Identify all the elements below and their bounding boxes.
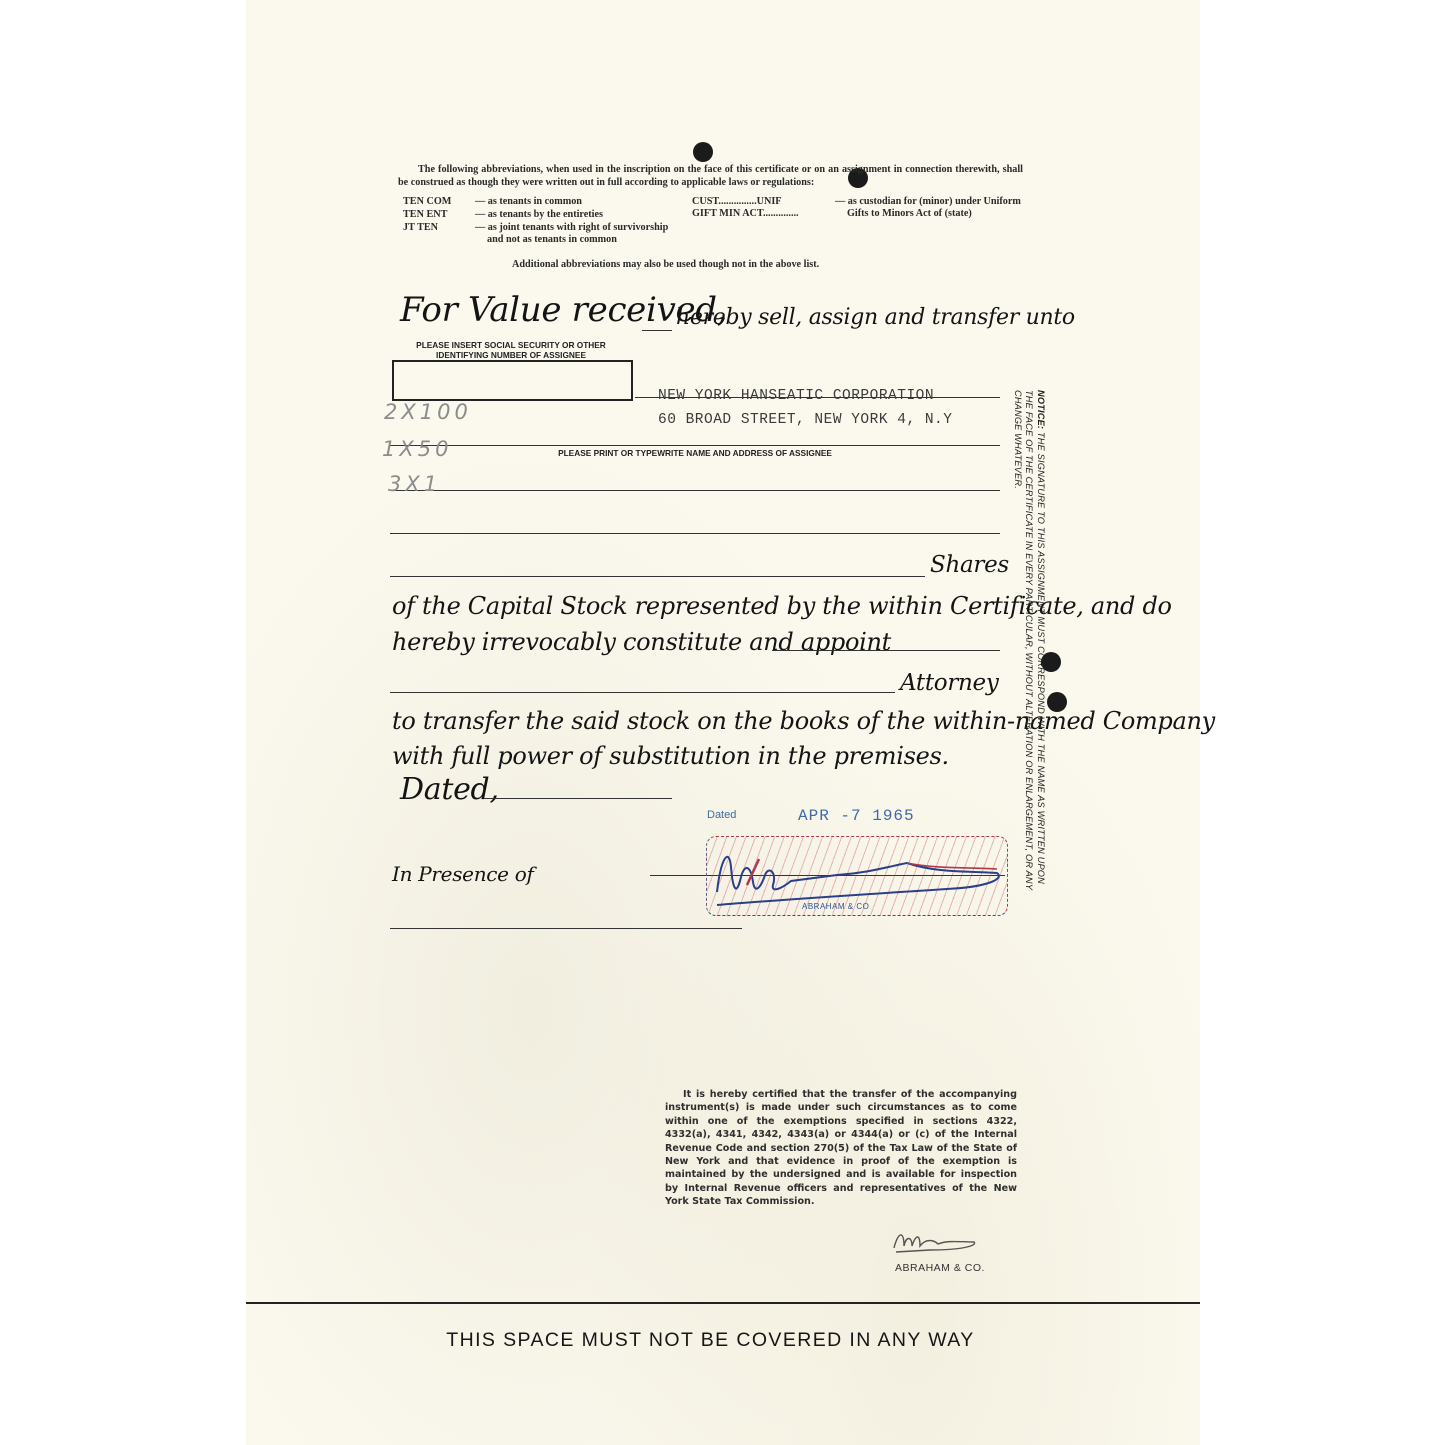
shares-line[interactable]	[390, 576, 925, 577]
stamp-dated-label: Dated	[707, 809, 736, 821]
appointee-line[interactable]	[772, 650, 1000, 651]
assignee-line-4	[390, 533, 1000, 534]
abbr-meaning: — as tenants by the entireties	[475, 209, 665, 221]
abbr-code: TEN COM	[403, 196, 451, 208]
ssn-label-line1: PLEASE INSERT SOCIAL SECURITY OR OTHER	[392, 340, 630, 350]
tax-certification: It is hereby certified that the transfer…	[665, 1088, 1017, 1209]
transfer-line: to transfer the said stock on the books …	[392, 707, 1215, 735]
abbr-code: CUST...............UNIF	[692, 196, 782, 208]
ssn-label-line2: IDENTIFYING NUMBER OF ASSIGNEE	[392, 350, 630, 360]
attorney-word: Attorney	[900, 670, 999, 696]
abbr-code: GIFT MIN ACT..............	[692, 208, 799, 220]
shares-word: Shares	[930, 552, 1009, 578]
assignee-line-2	[390, 445, 1000, 446]
assignee-line-3	[390, 490, 1000, 491]
substitution-line: with full power of substitution in the p…	[392, 742, 949, 770]
signature-notice: NOTICE: THE SIGNATURE TO THIS ASSIGNMENT…	[1012, 390, 1047, 890]
dated-line[interactable]	[484, 798, 672, 799]
assignee-name[interactable]: NEW YORK HANSEATIC CORPORATION	[658, 388, 934, 404]
sell-assign-transfer: hereby sell, assign and transfer unto	[676, 305, 1075, 330]
signer-firm: ABRAHAM & CO.	[895, 1262, 985, 1274]
notice-text: THE SIGNATURE TO THIS ASSIGNMENT MUST CO…	[1013, 390, 1046, 890]
stamp-date: APR -7 1965	[798, 807, 915, 825]
assignee-label: PLEASE PRINT OR TYPEWRITE NAME AND ADDRE…	[390, 448, 1000, 458]
pencil-note: 1X50	[382, 437, 452, 461]
stamp-firm: ABRAHAM & CO	[802, 902, 869, 911]
notice-label: NOTICE:	[1036, 390, 1046, 429]
abbreviations-intro: The following abbreviations, when used i…	[398, 163, 1023, 189]
signature-guarantee-stamp: ABRAHAM & CO	[706, 836, 1008, 916]
abbr-code: JT TEN	[403, 222, 438, 234]
capital-stock-line: of the Capital Stock represented by the …	[392, 592, 1172, 620]
footer-warning: THIS SPACE MUST NOT BE COVERED IN ANY WA…	[398, 1329, 1023, 1352]
abbr-meaning: — as tenants in common	[475, 196, 665, 208]
abbr-meaning: — as joint tenants with right of survivo…	[475, 222, 677, 245]
in-presence-label: In Presence of	[392, 862, 534, 886]
pencil-note: 3X1	[388, 472, 441, 496]
assignee-address[interactable]: 60 BROAD STREET, NEW YORK 4, N.Y	[658, 412, 952, 428]
ssn-input[interactable]	[392, 360, 633, 401]
ssn-label: PLEASE INSERT SOCIAL SECURITY OR OTHER I…	[392, 340, 630, 360]
bottom-divider	[246, 1302, 1200, 1304]
dated-label: Dated,	[400, 772, 499, 807]
abbr-code: TEN ENT	[403, 209, 447, 221]
attorney-line[interactable]	[390, 692, 895, 693]
punch-hole	[693, 142, 713, 162]
witness-line[interactable]	[390, 928, 742, 929]
appoint-line: hereby irrevocably constitute and appoin…	[392, 628, 891, 656]
signer-signature-icon	[890, 1228, 980, 1256]
abbr-meaning: — as custodian for (minor) under Uniform…	[835, 196, 1037, 219]
pencil-note: 2X100	[384, 400, 472, 424]
abbreviations-additional: Additional abbreviations may also be use…	[512, 259, 819, 270]
